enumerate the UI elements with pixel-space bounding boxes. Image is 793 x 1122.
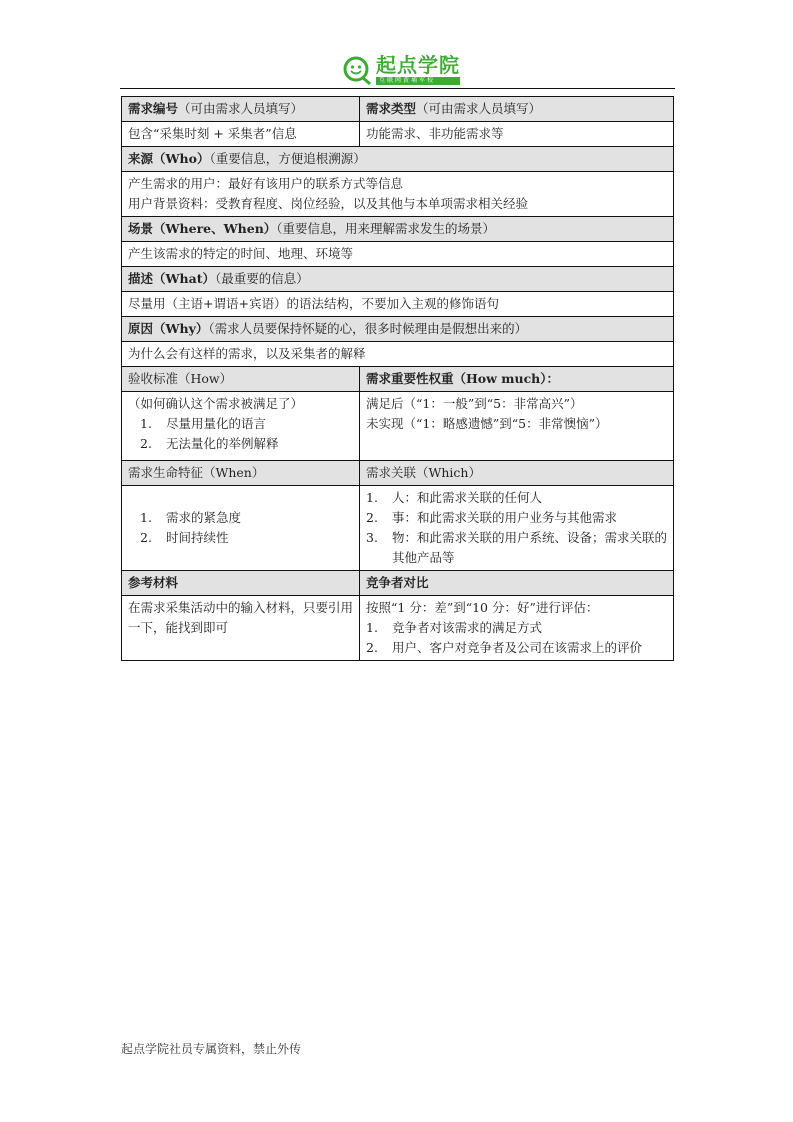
table-row: 产生需求的用户：最好有该用户的联系方式等信息 用户背景资料：受教育程度、岗位经验… [122,172,674,217]
cell-acceptance-body: （如何确认这个需求被满足了） 1.尽量用量化的语言 2.无法量化的举例解释 [122,392,360,461]
table-row: 需求编号（可由需求人员填写） 需求类型（可由需求人员填写） [122,97,674,122]
list-item: 2.事：和此需求关联的用户业务与其他需求 [366,508,667,528]
table-row: 包含“采集时刻 + 采集者”信息 功能需求、非功能需求等 [122,122,674,147]
list-item: 2.用户、客户对竞争者及公司在该需求上的评价 [366,638,667,658]
table-row: 来源（Who）（重要信息，方便追根溯源） [122,147,674,172]
lifecycle-list: 1.需求的紧急度 2.时间持续性 [128,508,353,548]
table-row: 场景（Where、When）（重要信息，用来理解需求发生的场景） [122,217,674,242]
acceptance-list: 1.尽量用量化的语言 2.无法量化的举例解释 [128,414,353,454]
cell-scene-body: 产生该需求的特定的时间、地理、环境等 [122,242,674,267]
cell-description-header: 描述（What）（最重要的信息） [122,267,674,292]
cell-requirement-type-header: 需求类型（可由需求人员填写） [360,97,674,122]
cell-importance-body: 满足后（“1：一般”到“5：非常高兴”） 未实现（“1：略感遗憾”到“5：非常懊… [360,392,674,461]
cell-competitor-header: 竞争者对比 [360,571,674,596]
requirement-template-table: 需求编号（可由需求人员填写） 需求类型（可由需求人员填写） 包含“采集时刻 + … [121,96,674,661]
cell-reason-header: 原因（Why）（需求人员要保持怀疑的心，很多时候理由是假想出来的） [122,317,674,342]
page-header: 起点学院 互联网黄埔军校 [120,52,675,88]
table-row: （如何确认这个需求被满足了） 1.尽量用量化的语言 2.无法量化的举例解释 满足… [122,392,674,461]
cell-reference-header: 参考材料 [122,571,360,596]
cell-acceptance-header: 验收标准（How） [122,367,360,392]
list-item: 3.物：和此需求关联的用户系统、设备；需求关联的其他产品等 [366,528,667,568]
cell-lifecycle-body: 1.需求的紧急度 2.时间持续性 [122,486,360,571]
table-row: 在需求采集活动中的输入材料，只要引用一下，能找到即可 按照“1 分：差”到“10… [122,596,674,661]
logo-subtitle: 互联网黄埔军校 [376,77,460,85]
cell-scene-header: 场景（Where、When）（重要信息，用来理解需求发生的场景） [122,217,674,242]
logo-title: 起点学院 [376,55,460,75]
table-row: 描述（What）（最重要的信息） [122,267,674,292]
cell-requirement-id-value: 包含“采集时刻 + 采集者”信息 [122,122,360,147]
table-row: 需求生命特征（When） 需求关联（Which） [122,461,674,486]
table-row: 为什么会有这样的需求，以及采集者的解释 [122,342,674,367]
header-rule [120,88,675,89]
cell-relation-body: 1.人：和此需求关联的任何人 2.事：和此需求关联的用户业务与其他需求 3.物：… [360,486,674,571]
cell-source-body: 产生需求的用户：最好有该用户的联系方式等信息 用户背景资料：受教育程度、岗位经验… [122,172,674,217]
list-item: 1.需求的紧急度 [128,508,353,528]
list-item: 1.竞争者对该需求的满足方式 [366,618,667,638]
list-item: 2.无法量化的举例解释 [128,434,353,454]
relation-list: 1.人：和此需求关联的任何人 2.事：和此需求关联的用户业务与其他需求 3.物：… [366,488,667,568]
list-item: 1.尽量用量化的语言 [128,414,353,434]
cell-importance-header: 需求重要性权重（How much）： [360,367,674,392]
cell-requirement-type-value: 功能需求、非功能需求等 [360,122,674,147]
cell-competitor-body: 按照“1 分：差”到“10 分：好”进行评估： 1.竞争者对该需求的满足方式 2… [360,596,674,661]
competitor-list: 1.竞争者对该需求的满足方式 2.用户、客户对竞争者及公司在该需求上的评价 [366,618,667,658]
table-row: 验收标准（How） 需求重要性权重（How much）： [122,367,674,392]
cell-lifecycle-header: 需求生命特征（When） [122,461,360,486]
table-row: 参考材料 竞争者对比 [122,571,674,596]
table-row: 尽量用（主语+谓语+宾语）的语法结构，不要加入主观的修饰语句 [122,292,674,317]
cell-relation-header: 需求关联（Which） [360,461,674,486]
cell-description-body: 尽量用（主语+谓语+宾语）的语法结构，不要加入主观的修饰语句 [122,292,674,317]
cell-reason-body: 为什么会有这样的需求，以及采集者的解释 [122,342,674,367]
cell-source-header: 来源（Who）（重要信息，方便追根溯源） [122,147,674,172]
table-row: 原因（Why）（需求人员要保持怀疑的心，很多时候理由是假想出来的） [122,317,674,342]
list-item: 1.人：和此需求关联的任何人 [366,488,667,508]
table-row: 1.需求的紧急度 2.时间持续性 1.人：和此需求关联的任何人 2.事：和此需求… [122,486,674,571]
logo: 起点学院 互联网黄埔军校 [342,52,460,88]
cell-requirement-id-header: 需求编号（可由需求人员填写） [122,97,360,122]
table-row: 产生该需求的特定的时间、地理、环境等 [122,242,674,267]
footer-note: 起点学院社员专属资料，禁止外传 [121,1040,301,1057]
list-item: 2.时间持续性 [128,528,353,548]
cell-reference-body: 在需求采集活动中的输入材料，只要引用一下，能找到即可 [122,596,360,661]
smiley-logo-icon [342,55,372,85]
